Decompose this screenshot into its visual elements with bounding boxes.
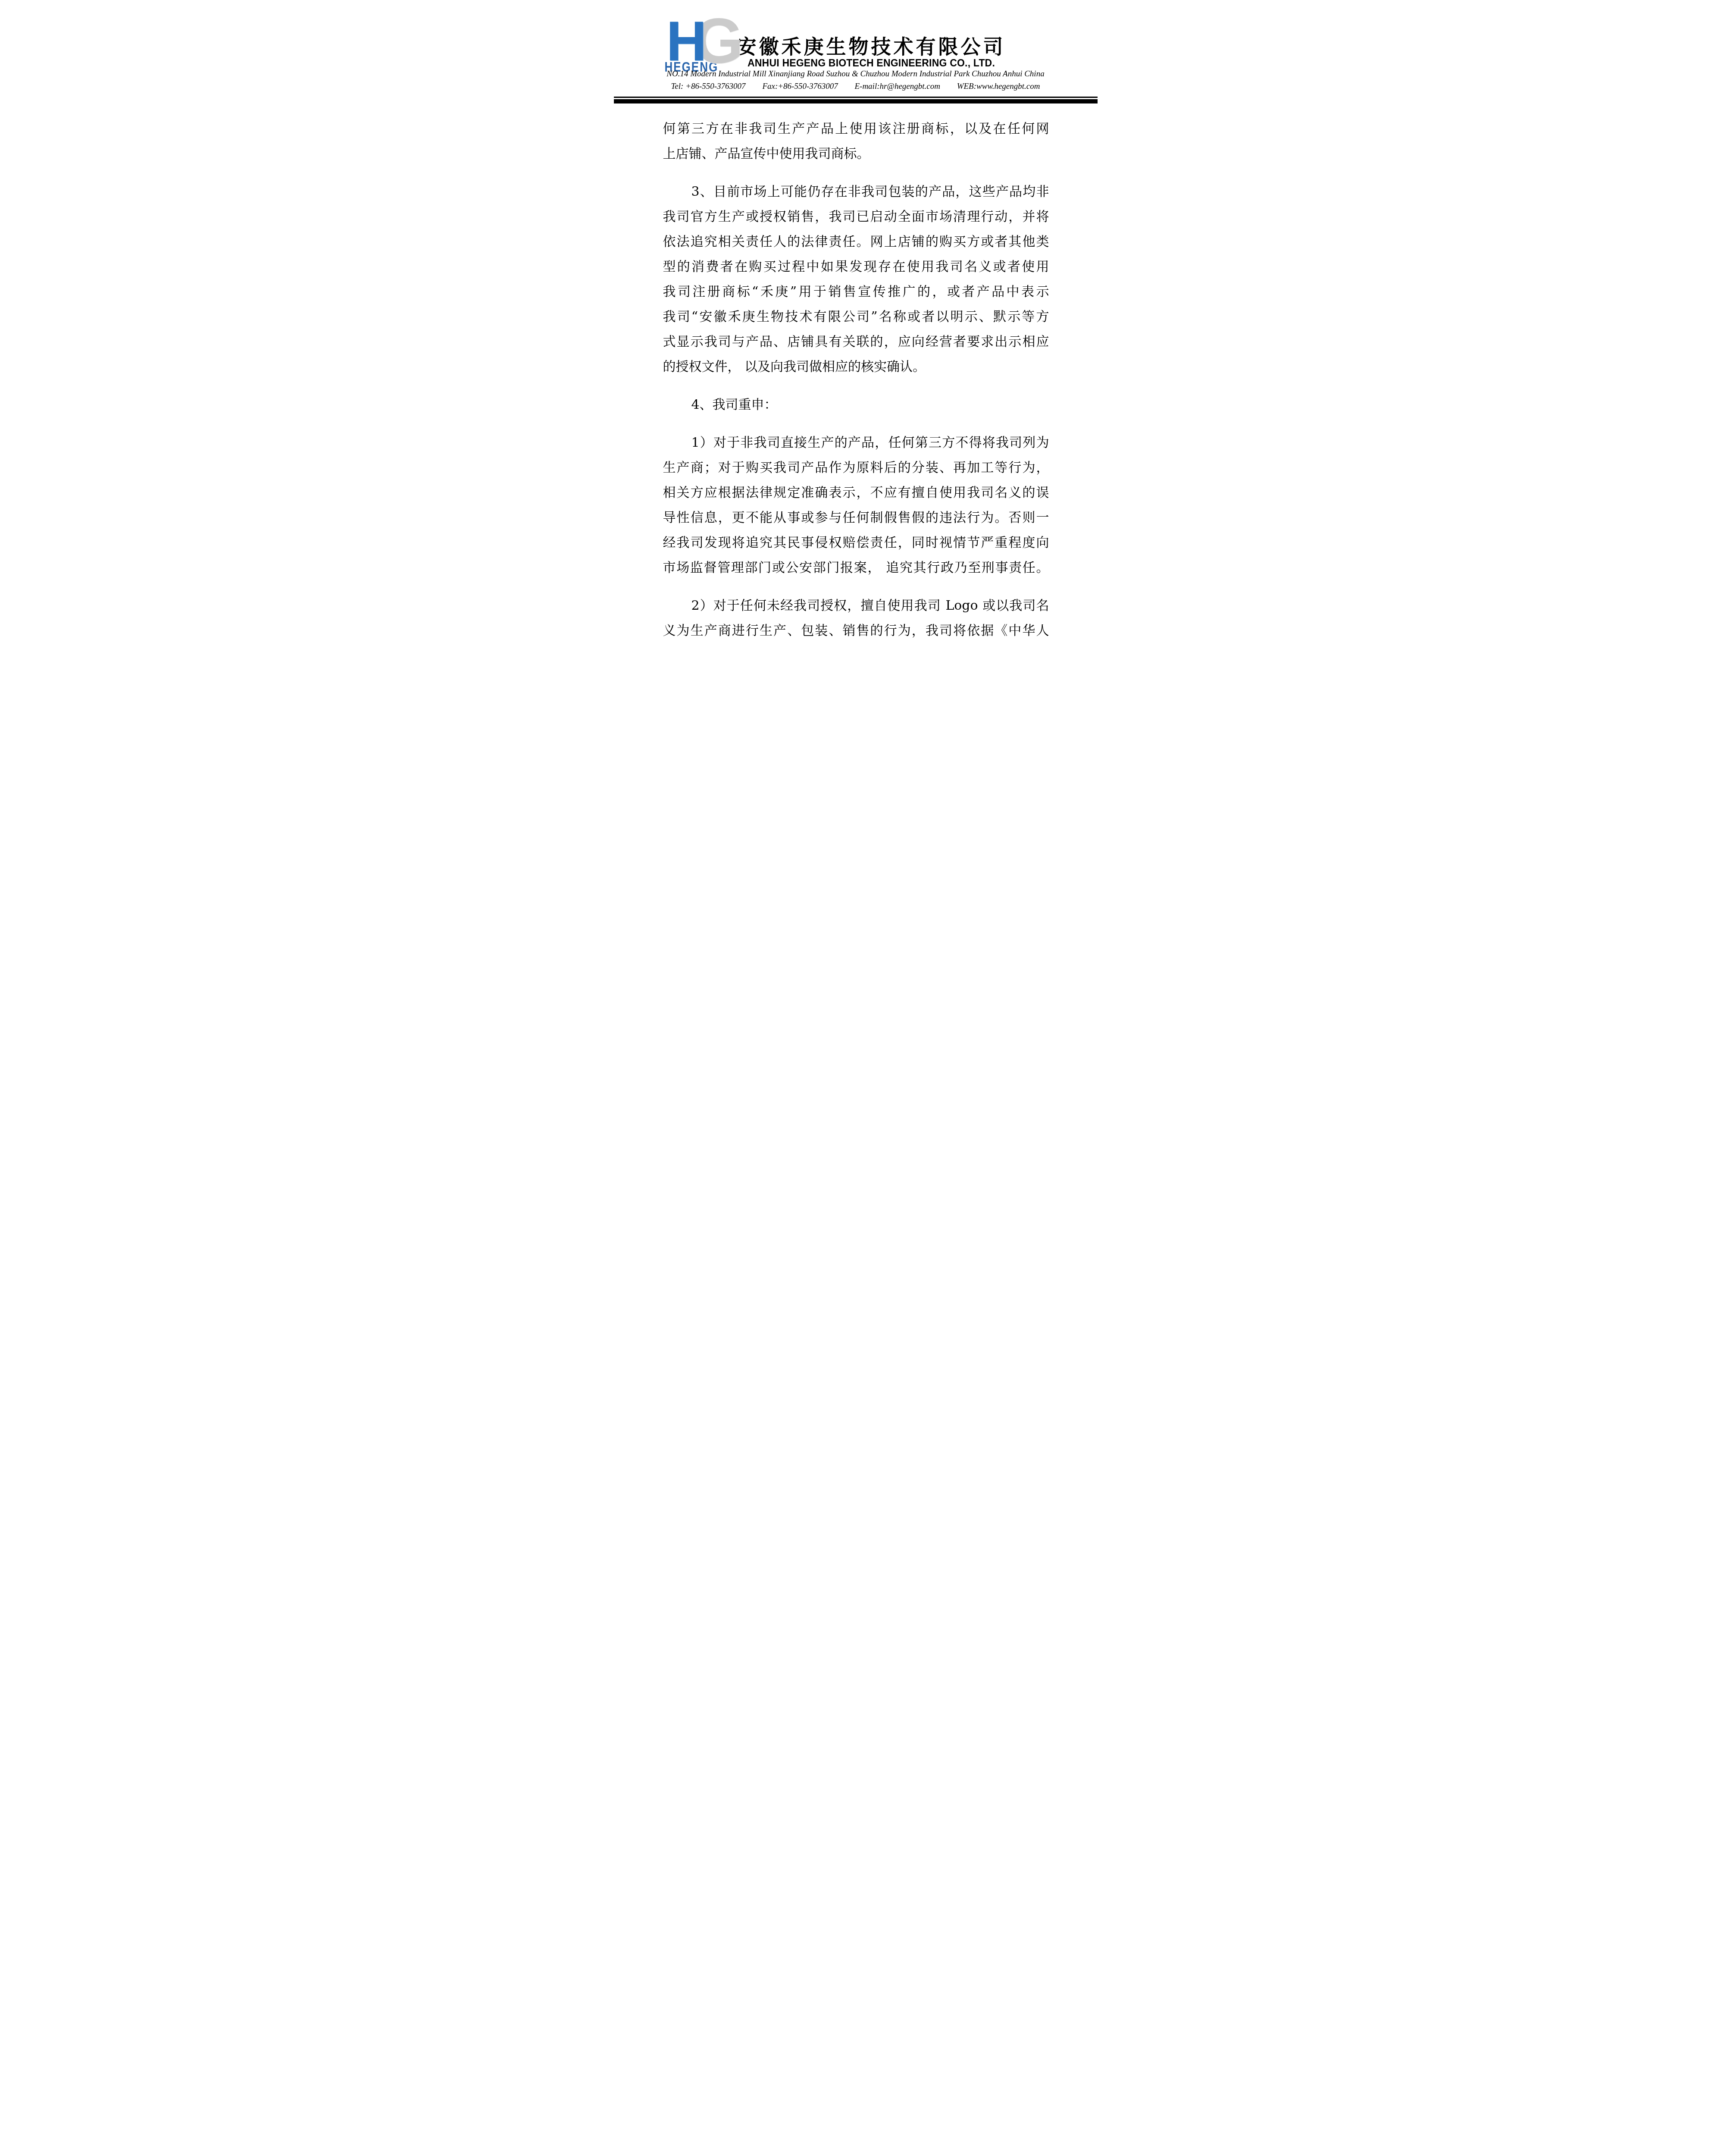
paragraph: 何第三方在非我司生产产品上使用该注册商标，以及在任何网 上店铺、产品宣传中使用我…: [663, 116, 1049, 166]
contact-email: E-mail:hr@hegengbt.com: [854, 82, 940, 91]
contact-fax: Fax:+86-550-3763007: [762, 82, 838, 91]
body-line: 4、我司重申：: [663, 392, 1049, 417]
body-line: 依法追究相关责任人的法律责任。网上店铺的购买方或者其他类: [663, 229, 1049, 254]
contact-web: WEB:www.hegengbt.com: [957, 82, 1040, 91]
company-name-en: ANHUI HEGENG BIOTECH ENGINEERING CO., LT…: [730, 57, 1013, 69]
company-name-zh: 安徽禾庚生物技术有限公司: [737, 31, 1001, 60]
paragraph: 3、目前市场上可能仍存在非我司包装的产品，这些产品均非 我司官方生产或授权销售，…: [663, 179, 1049, 379]
body-line: 上店铺、产品宣传中使用我司商标。: [663, 141, 1049, 166]
header-rules: [614, 97, 1098, 103]
company-logo: H G: [666, 9, 744, 60]
letterhead: H G HEGENG 安徽禾庚生物技术有限公司 ANHUI HEGENG BIO…: [614, 0, 1098, 103]
body-line: 2）对于任何未经我司授权，擅自使用我司 Logo 或以我司名: [663, 593, 1049, 618]
header-rule-thick: [614, 99, 1098, 103]
body-line: 经我司发现将追究其民事侵权赔偿责任，同时视情节严重程度向: [663, 530, 1049, 555]
paragraph: 2）对于任何未经我司授权，擅自使用我司 Logo 或以我司名 义为生产商进行生产…: [663, 593, 1049, 643]
body-line: 相关方应根据法律规定准确表示，不应有擅自使用我司名义的误: [663, 480, 1049, 505]
logo-monogram-h: H: [666, 13, 707, 69]
document-body: 何第三方在非我司生产产品上使用该注册商标，以及在任何网 上店铺、产品宣传中使用我…: [614, 103, 1098, 656]
body-line: 我司官方生产或授权销售，我司已启动全面市场清理行动，并将: [663, 204, 1049, 229]
body-line: 义为生产商进行生产、包装、销售的行为，我司将依据《中华人: [663, 618, 1049, 643]
body-line: 型的消费者在购买过程中如果发现存在使用我司名义或者使用: [663, 254, 1049, 279]
body-line: 导性信息，更不能从事或参与任何制假售假的违法行为。否则一: [663, 505, 1049, 530]
contact-tel: Tel: +86-550-3763007: [671, 82, 746, 91]
body-line: 何第三方在非我司生产产品上使用该注册商标，以及在任何网: [663, 116, 1049, 141]
body-line: 3、目前市场上可能仍存在非我司包装的产品，这些产品均非: [663, 179, 1049, 204]
body-line: 我司注册商标“禾庚”用于销售宣传推广的，或者产品中表示: [663, 279, 1049, 304]
paragraph: 1）对于非我司直接生产的产品，任何第三方不得将我司列为 生产商；对于购买我司产品…: [663, 430, 1049, 580]
body-line: 市场监督管理部门或公安部门报案， 追究其行政乃至刑事责任。: [663, 555, 1049, 580]
contact-line: Tel: +86-550-3763007 Fax:+86-550-3763007…: [621, 82, 1091, 91]
document-page: H G HEGENG 安徽禾庚生物技术有限公司 ANHUI HEGENG BIO…: [614, 0, 1098, 684]
header-rule-thin: [614, 97, 1098, 98]
body-line: 式显示我司与产品、店铺具有关联的，应向经营者要求出示相应: [663, 329, 1049, 354]
body-line: 生产商；对于购买我司产品作为原料后的分装、再加工等行为，: [663, 455, 1049, 480]
body-line: 1）对于非我司直接生产的产品，任何第三方不得将我司列为: [663, 430, 1049, 455]
body-line: 我司“安徽禾庚生物技术有限公司”名称或者以明示、默示等方: [663, 304, 1049, 329]
paragraph: 4、我司重申：: [663, 392, 1049, 417]
body-line: 的授权文件， 以及向我司做相应的核实确认。: [663, 354, 1049, 379]
